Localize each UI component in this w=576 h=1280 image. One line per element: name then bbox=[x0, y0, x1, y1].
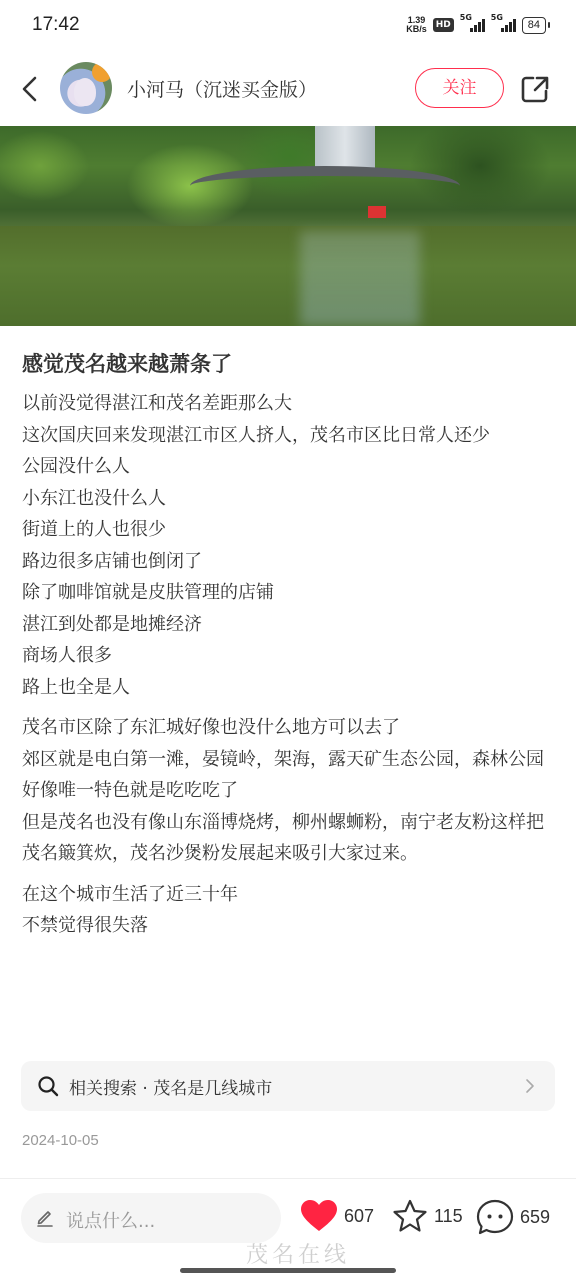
star-icon bbox=[392, 1199, 428, 1233]
paragraph: 茂名市区除了东汇城好像也没什么地方可以去了 郊区就是电白第一滩，晏镜岭，架海，露… bbox=[22, 712, 558, 870]
watermark: 茂名在线 bbox=[200, 1238, 396, 1268]
avatar-bunny bbox=[74, 78, 96, 106]
chevron-left-icon[interactable] bbox=[18, 74, 42, 104]
clock: 17:42 bbox=[32, 14, 80, 36]
text-line: 商场人很多 bbox=[22, 640, 558, 672]
follow-button[interactable]: 关注 bbox=[415, 68, 504, 108]
signal-label: 5G bbox=[491, 13, 503, 22]
net-speed-unit: KB/s bbox=[406, 25, 427, 34]
text-line: 好像唯一特色就是吃吃吃了 bbox=[22, 775, 558, 807]
image-reflection bbox=[300, 231, 420, 326]
chevron-right-icon bbox=[525, 1078, 535, 1094]
avatar-flower bbox=[92, 62, 112, 82]
image-bridge bbox=[190, 166, 460, 226]
text-line: 街道上的人也很少 bbox=[22, 514, 558, 546]
network-speed: 1.39 KB/s bbox=[406, 16, 427, 34]
text-line: 不禁觉得很失落 bbox=[22, 910, 558, 942]
search-icon bbox=[37, 1075, 59, 1097]
like-count: 607 bbox=[344, 1206, 374, 1227]
comment-placeholder: 说点什么... bbox=[66, 1207, 155, 1233]
signal-icon: 5G bbox=[491, 18, 516, 32]
comment-bubble-icon bbox=[476, 1199, 514, 1235]
hd-voice-icon: HD bbox=[433, 18, 454, 32]
image-boat bbox=[368, 206, 386, 218]
post-date: 2024-10-05 bbox=[22, 1132, 99, 1149]
text-line: 公园没什么人 bbox=[22, 451, 558, 483]
image-building bbox=[315, 126, 375, 171]
like-button[interactable]: 607 bbox=[300, 1199, 374, 1233]
text-line: 除了咖啡馆就是皮肤管理的店铺 bbox=[22, 577, 558, 609]
avatar[interactable] bbox=[60, 62, 112, 114]
signal-label: 5G bbox=[460, 13, 472, 22]
text-line: 但是茂名也没有像山东淄博烧烤，柳州螺蛳粉，南宁老友粉这样把茂名簸箕炊，茂名沙煲粉… bbox=[22, 807, 558, 870]
comment-input[interactable]: 说点什么... bbox=[21, 1193, 281, 1243]
comment-count: 659 bbox=[520, 1207, 550, 1228]
post-image[interactable] bbox=[0, 126, 576, 326]
battery-icon: 84 bbox=[522, 17, 546, 34]
signal-icon: 5G bbox=[460, 18, 485, 32]
author-name[interactable]: 小河马（沉迷买金版） bbox=[127, 75, 317, 102]
favorite-count: 115 bbox=[434, 1206, 463, 1227]
pencil-icon bbox=[35, 1207, 55, 1227]
text-line: 郊区就是电白第一滩，晏镜岭，架海，露天矿生态公园，森林公园 bbox=[22, 744, 558, 776]
paragraph: 在这个城市生活了近三十年 不禁觉得很失落 bbox=[22, 879, 558, 942]
text-line: 路边很多店铺也倒闭了 bbox=[22, 546, 558, 578]
favorite-button[interactable]: 115 bbox=[392, 1199, 463, 1233]
text-line: 这次国庆回来发现湛江市区人挤人，茂名市区比日常人还少 bbox=[22, 420, 558, 452]
text-line: 茂名市区除了东汇城好像也没什么地方可以去了 bbox=[22, 712, 558, 744]
share-icon[interactable] bbox=[520, 74, 550, 104]
related-search-link[interactable]: 相关搜索 · 茂名是几线城市 bbox=[21, 1061, 555, 1111]
text-line: 路上也全是人 bbox=[22, 672, 558, 704]
text-line: 以前没觉得湛江和茂名差距那么大 bbox=[22, 388, 558, 420]
text-line: 小东江也没什么人 bbox=[22, 483, 558, 515]
status-icons: 1.39 KB/s HD 5G 5G 84 bbox=[406, 16, 546, 34]
post-content: 感觉茂名越来越萧条了 以前没觉得湛江和茂名差距那么大 这次国庆回来发现湛江市区人… bbox=[22, 346, 558, 942]
related-search-text: 相关搜索 · 茂名是几线城市 bbox=[69, 1074, 272, 1099]
post-title: 感觉茂名越来越萧条了 bbox=[22, 346, 558, 382]
home-indicator[interactable] bbox=[180, 1268, 396, 1273]
image-water bbox=[0, 226, 576, 326]
status-bar: 17:42 1.39 KB/s HD 5G 5G 84 bbox=[0, 0, 576, 54]
text-line: 在这个城市生活了近三十年 bbox=[22, 879, 558, 911]
text-line: 湛江到处都是地摊经济 bbox=[22, 609, 558, 641]
heart-icon bbox=[300, 1199, 338, 1233]
paragraph: 以前没觉得湛江和茂名差距那么大 这次国庆回来发现湛江市区人挤人，茂名市区比日常人… bbox=[22, 388, 558, 703]
comment-button[interactable]: 659 bbox=[476, 1199, 550, 1235]
top-nav: 小河马（沉迷买金版） 关注 bbox=[0, 54, 576, 126]
